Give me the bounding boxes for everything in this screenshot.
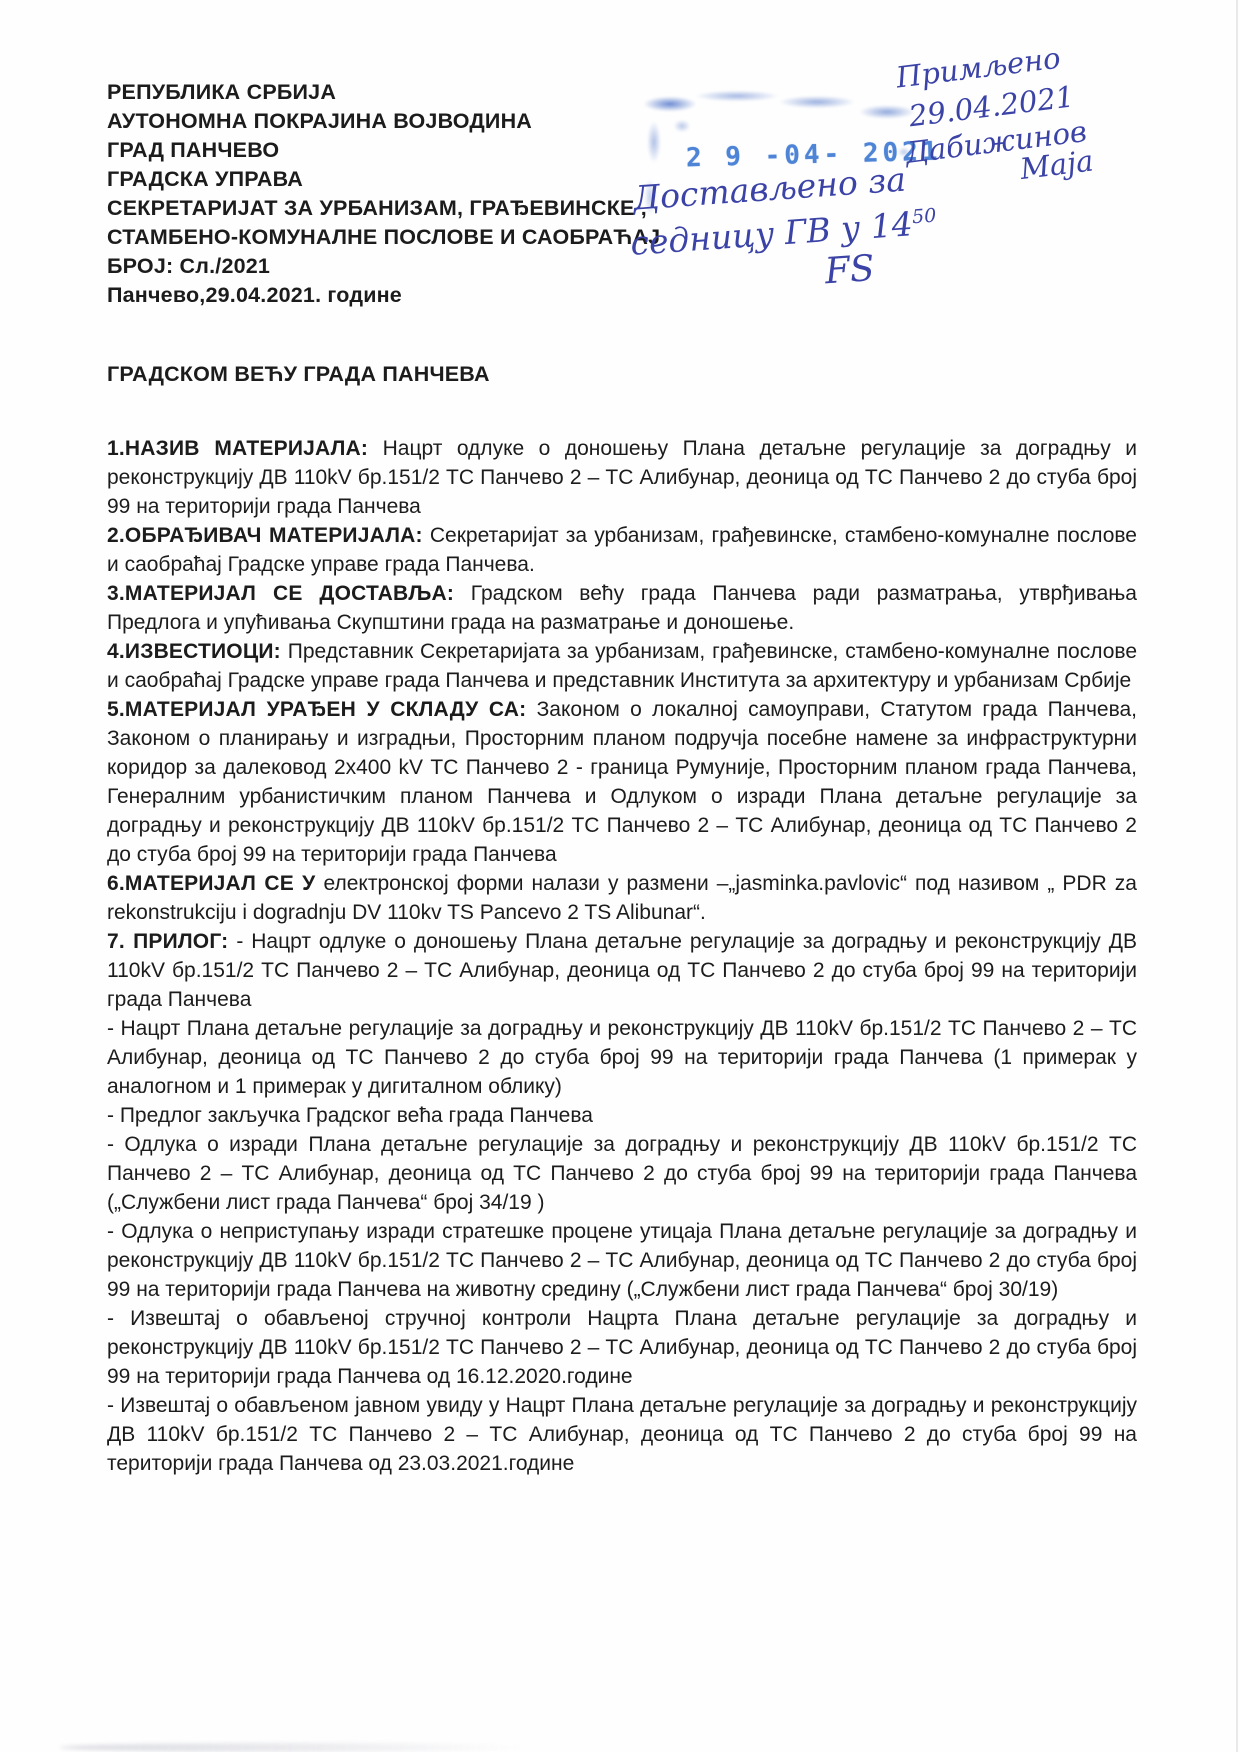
document-number: БРОЈ: Сл./2021 — [107, 252, 660, 281]
section-paragraph: 4.ИЗВЕСТИОЦИ: Представник Секретаријата … — [107, 637, 1137, 695]
letterhead-line: СТАМБЕНО-КОМУНАЛНЕ ПОСЛОВЕ И САОБРАЋАЈ — [107, 223, 660, 252]
stamp-date: 2 9 -04- 2021 — [686, 137, 942, 174]
handwritten-text: седницу ГВ у 14 — [629, 204, 914, 263]
section-paragraph: 5.МАТЕРИЈАЛ УРАЂЕН У СКЛАДУ СА: Законом … — [107, 695, 1137, 869]
handwritten-delivery-note: Достављено за седницу ГВ у 1450 FS — [632, 158, 941, 306]
handwritten-superscript: 50 — [911, 205, 937, 229]
document-date: Панчево,29.04.2021. године — [107, 281, 660, 310]
attachment-item: - Нацрт Плана детаљне регулације за догр… — [107, 1014, 1137, 1101]
section-text: Законом о локалној самоуправи, Статутом … — [107, 698, 1137, 866]
scanned-document-page: РЕПУБЛИКА СРБИЈА АУТОНОМНА ПОКРАЈИНА ВОЈ… — [0, 0, 1240, 1752]
section-label: 5.МАТЕРИЈАЛ УРАЂЕН У СКЛАДУ СА: — [107, 698, 526, 721]
section-label: 4.ИЗВЕСТИОЦИ: — [107, 640, 281, 663]
date-stamp: 2 9 -04- 2021 — [642, 82, 914, 302]
stamp-ink-smudge — [642, 82, 914, 302]
letterhead: РЕПУБЛИКА СРБИЈА АУТОНОМНА ПОКРАЈИНА ВОЈ… — [107, 78, 660, 310]
section-label: 3.МАТЕРИЈАЛ СЕ ДОСТАВЉА: — [107, 582, 454, 605]
section-text: - Нацрт одлуке о доношењу Плана детаљне … — [107, 930, 1137, 1011]
section-paragraph: 2.ОБРАЂИВАЧ МАТЕРИЈАЛА: Секретаријат за … — [107, 521, 1137, 579]
section-paragraph: 7. ПРИЛОГ: - Нацрт одлуке о доношењу Пла… — [107, 927, 1137, 1014]
handwritten-date: 29.04.2021 — [907, 75, 1088, 136]
addressee-title: ГРАДСКОМ ВЕЋУ ГРАДА ПАНЧЕВА — [107, 362, 490, 387]
letterhead-line: СЕКРЕТАРИЈАТ ЗА УРБАНИЗАМ, ГРАЂЕВИНСКЕ , — [107, 194, 660, 223]
letterhead-line: РЕПУБЛИКА СРБИЈА — [107, 78, 660, 107]
section-label: 7. ПРИЛОГ: — [107, 930, 228, 953]
attachment-item: - Одлука о неприступању изради стратешке… — [107, 1217, 1137, 1304]
section-label: 1.НАЗИВ МАТЕРИЈАЛА: — [107, 437, 368, 460]
letterhead-line: АУТОНОМНА ПОКРАЈИНА ВОЈВОДИНА — [107, 107, 660, 136]
handwritten-line: Достављено за — [632, 158, 935, 218]
section-label: 2.ОБРАЂИВАЧ МАТЕРИЈАЛА: — [107, 524, 423, 547]
letterhead-line: ГРАДСКА УПРАВА — [107, 165, 660, 194]
handwritten-initials: FS — [823, 243, 941, 292]
scan-artifact-smudge — [60, 1743, 530, 1752]
attachment-item: - Предлог закључка Градског већа града П… — [107, 1101, 1137, 1130]
document-body: 1.НАЗИВ МАТЕРИЈАЛА: Нацрт одлуке о донош… — [107, 434, 1137, 1478]
letterhead-line: ГРАД ПАНЧЕВО — [107, 136, 660, 165]
handwritten-signature: Дабижинов — [903, 111, 1092, 173]
section-label: 6.МАТЕРИЈАЛ СЕ У — [107, 872, 315, 895]
section-paragraph: 1.НАЗИВ МАТЕРИЈАЛА: Нацрт одлуке о донош… — [107, 434, 1137, 521]
attachment-item: - Извештај о обављеној стручној контроли… — [107, 1304, 1137, 1391]
handwritten-line: седницу ГВ у 1450 — [629, 203, 938, 263]
attachment-item: - Одлука о изради Плана детаљне регулаци… — [107, 1130, 1137, 1217]
attachment-item: - Извештај о обављеном јавном увиду у На… — [107, 1391, 1137, 1478]
scan-edge-line — [1236, 0, 1238, 1752]
section-paragraph: 3.МАТЕРИЈАЛ СЕ ДОСТАВЉА: Градском већу г… — [107, 579, 1137, 637]
handwritten-line: Примљено — [894, 35, 1083, 97]
handwritten-received-note: Примљено 29.04.2021 Дабижинов Маја — [894, 35, 1096, 202]
section-paragraph: 6.МАТЕРИЈАЛ СЕ У електронској форми нала… — [107, 869, 1137, 927]
handwritten-signature-name: Маја — [1018, 140, 1096, 189]
